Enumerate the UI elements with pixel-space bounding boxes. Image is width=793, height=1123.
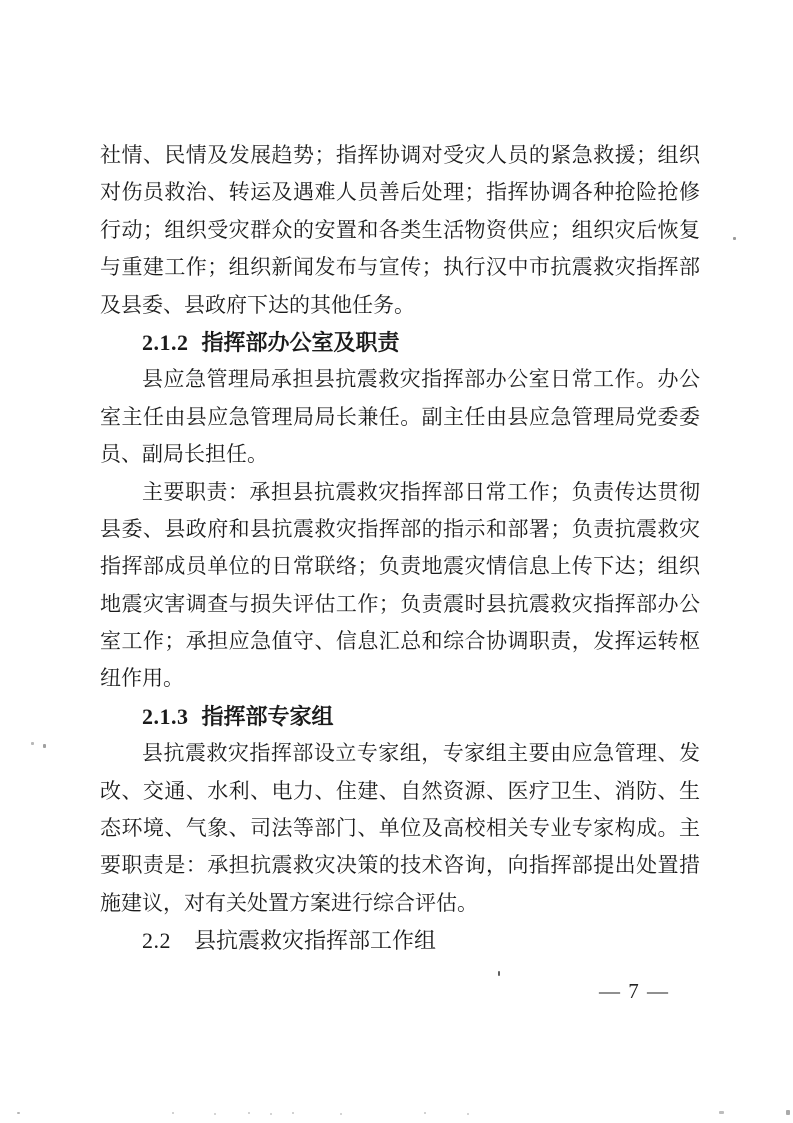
text-line: 与重建工作；组织新闻发布与宣传；执行汉中市抗震救灾指挥部 [100, 249, 700, 286]
text-line: 行动；组织受灾群众的安置和各类生活物资供应；组织灾后恢复 [100, 212, 700, 249]
section-heading-2-1-2: 2.1.2指挥部办公室及职责 [100, 324, 700, 361]
text-line: 纽作用。 [100, 660, 700, 697]
text-line: 要职责是：承担抗震救灾决策的技术咨询，向指挥部提出处置措 [100, 847, 700, 884]
section-title: 县抗震救灾指挥部工作组 [194, 928, 436, 953]
scan-speck [17, 1112, 20, 1114]
section-number: 2.1.2 [142, 330, 189, 355]
text-line: 态环境、气象、司法等部门、单位及高校相关专业专家构成。主 [100, 810, 700, 847]
scan-speck [172, 1112, 174, 1114]
section-title: 指挥部办公室及职责 [202, 330, 400, 355]
text-line: 及县委、县政府下达的其他任务。 [100, 287, 700, 324]
page-number: — 7 — [599, 979, 670, 1004]
text-line: 施建议，对有关处置方案进行综合评估。 [100, 885, 700, 922]
scan-speck [467, 1113, 469, 1115]
section-heading-2-1-3: 2.1.3指挥部专家组 [100, 698, 700, 735]
document-page: 社情、民情及发展趋势；指挥协调对受灾人员的紧急救援；组织 对伤员救治、转运及遇难… [0, 0, 793, 1123]
scan-speck [43, 744, 46, 748]
scan-speck [270, 1113, 272, 1115]
scan-speck [248, 1112, 250, 1114]
scan-speck [733, 237, 736, 240]
scan-speck [31, 742, 34, 745]
section-title: 指挥部专家组 [202, 704, 334, 729]
text-line: 县应急管理局承担县抗震救灾指挥部办公室日常工作。办公 [100, 361, 700, 398]
scan-speck [498, 971, 500, 976]
section-number: 2.2 [142, 928, 171, 953]
scan-speck [292, 1112, 294, 1114]
text-line: 员、副局长担任。 [100, 436, 700, 473]
section-number: 2.1.3 [142, 704, 189, 729]
scan-speck [719, 1111, 724, 1114]
scan-speck [214, 1113, 216, 1115]
text-line: 对伤员救治、转运及遇难人员善后处理；指挥协调各种抢险抢修 [100, 174, 700, 211]
text-line: 指挥部成员单位的日常联络；负责地震灾情信息上传下达；组织 [100, 548, 700, 585]
text-column: 社情、民情及发展趋势；指挥协调对受灾人员的紧急救援；组织 对伤员救治、转运及遇难… [100, 137, 700, 960]
scan-speck [424, 1112, 426, 1114]
text-line: 主要职责：承担县抗震救灾指挥部日常工作；负责传达贯彻 [100, 474, 700, 511]
text-line: 改、交通、水利、电力、住建、自然资源、医疗卫生、消防、生 [100, 773, 700, 810]
scan-speck [340, 1113, 342, 1115]
text-line: 县委、县政府和县抗震救灾指挥部的指示和部署；负责抗震救灾 [100, 511, 700, 548]
text-line: 社情、民情及发展趋势；指挥协调对受灾人员的紧急救援；组织 [100, 137, 700, 174]
text-line: 地震灾害调查与损失评估工作；负责震时县抗震救灾指挥部办公 [100, 586, 700, 623]
text-line: 室工作；承担应急值守、信息汇总和综合协调职责，发挥运转枢 [100, 623, 700, 660]
section-heading-2-2: 2.2县抗震救灾指挥部工作组 [100, 922, 700, 959]
scan-speck [786, 1110, 790, 1115]
text-line: 室主任由县应急管理局局长兼任。副主任由县应急管理局党委委 [100, 399, 700, 436]
text-line: 县抗震救灾指挥部设立专家组，专家组主要由应急管理、发 [100, 735, 700, 772]
